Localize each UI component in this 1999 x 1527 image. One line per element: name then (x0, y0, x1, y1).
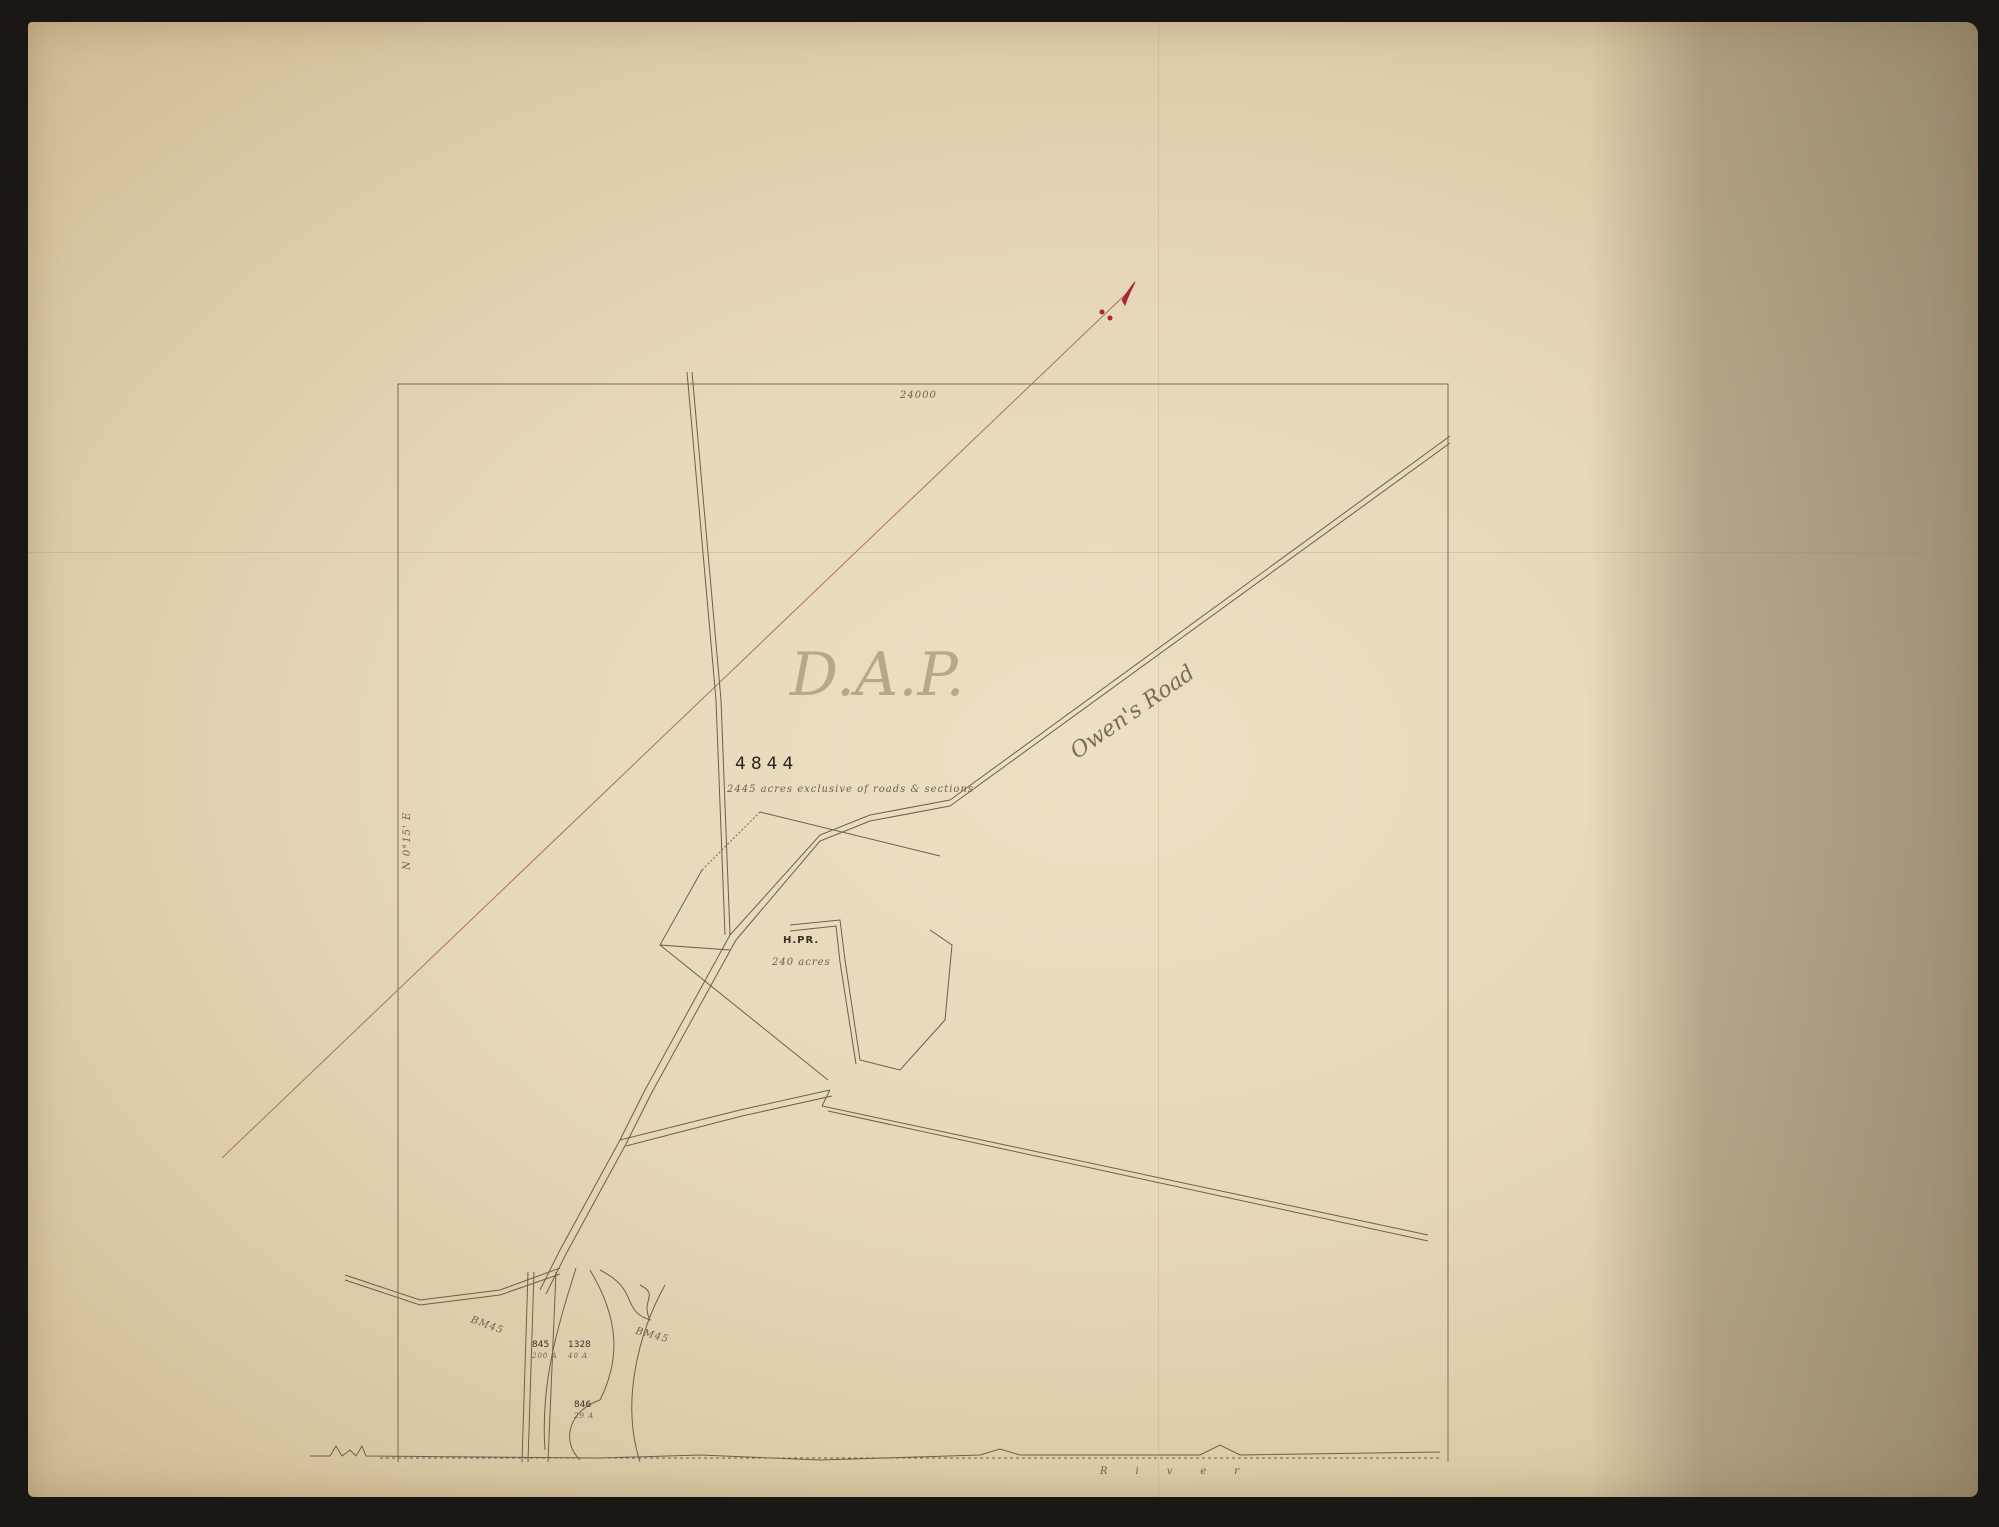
tract-boundary (398, 384, 1448, 1462)
road-south (540, 935, 832, 1294)
parcel-1328-note: 40 A (568, 1352, 588, 1360)
tract-number-label: 4844 (735, 754, 798, 774)
left-boundary-note: N 0°15' E (402, 812, 413, 870)
tract-4844 (660, 812, 940, 1080)
road-east (822, 1090, 1428, 1241)
parcel-845-number: 845 (532, 1340, 549, 1350)
parcel-846-note: 29 A (574, 1412, 594, 1420)
survey-linework (0, 0, 1999, 1527)
inner-tract-acres: 240 acres (772, 957, 831, 968)
tract-acreage-note: 2445 acres exclusive of roads & sections (727, 784, 974, 795)
inner-tract-label: H.PR. (783, 935, 819, 946)
parcel-845-note: 200 A (532, 1352, 558, 1360)
road-north (687, 372, 730, 935)
river-shoreline (310, 1445, 1440, 1460)
monogram-label: D.A.P. (790, 640, 965, 710)
river-label: River (1100, 1466, 1267, 1477)
meridian-line (222, 292, 1128, 1158)
parcel-1328-number: 1328 (568, 1340, 591, 1350)
parcel-846-number: 846 (574, 1400, 591, 1410)
river-parcels (522, 1268, 665, 1462)
top-boundary-distance: 24000 (900, 390, 937, 401)
